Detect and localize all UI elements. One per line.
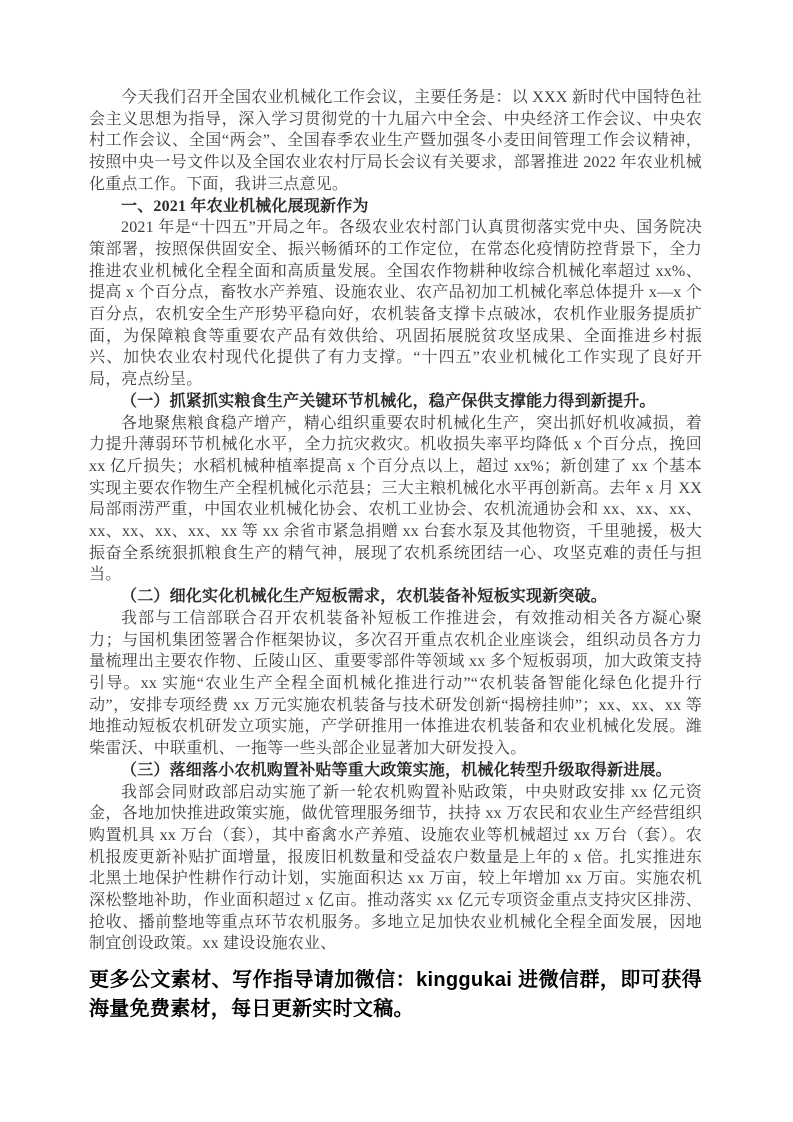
paragraph-subsection-3-body: 我部会同财政部启动实施了新一轮农机购置补贴政策，中央财政安排 xx 亿元资金，各… <box>89 782 702 956</box>
paragraph-subsection-2-body: 我部与工信部联合召开农机装备补短板工作推进会，有效推动相关各方凝心聚力；与国机集… <box>89 608 702 760</box>
heading-subsection-1: （一）抓紧抓实粮食生产关键环节机械化，稳产保供支撑能力得到新提升。 <box>89 391 702 413</box>
footer-promo-note: 更多公文素材、写作指导请加微信：kinggukai 进微信群，即可获得海量免费素… <box>89 966 702 1024</box>
paragraph-intro: 今天我们召开全国农业机械化工作会议，主要任务是：以 XXX 新时代中国特色社会主… <box>89 87 702 196</box>
paragraph-2021-overview: 2021 年是“十四五”开局之年。各级农业农村部门认真贯彻落实党中央、国务院决策… <box>89 217 702 391</box>
heading-subsection-3: （三）落细落小农机购置补贴等重大政策实施，机械化转型升级取得新进展。 <box>89 760 702 782</box>
heading-subsection-2: （二）细化实化机械化生产短板需求，农机装备补短板实现新突破。 <box>89 586 702 608</box>
paragraph-subsection-1-body: 各地聚焦粮食稳产增产，精心组织重要农时机械化生产，突出抓好机收减损，着力提升薄弱… <box>89 413 702 587</box>
heading-section-1: 一、2021 年农业机械化展现新作为 <box>89 196 702 218</box>
document-page: 今天我们召开全国农业机械化工作会议，主要任务是：以 XXX 新时代中国特色社会主… <box>0 0 793 1122</box>
